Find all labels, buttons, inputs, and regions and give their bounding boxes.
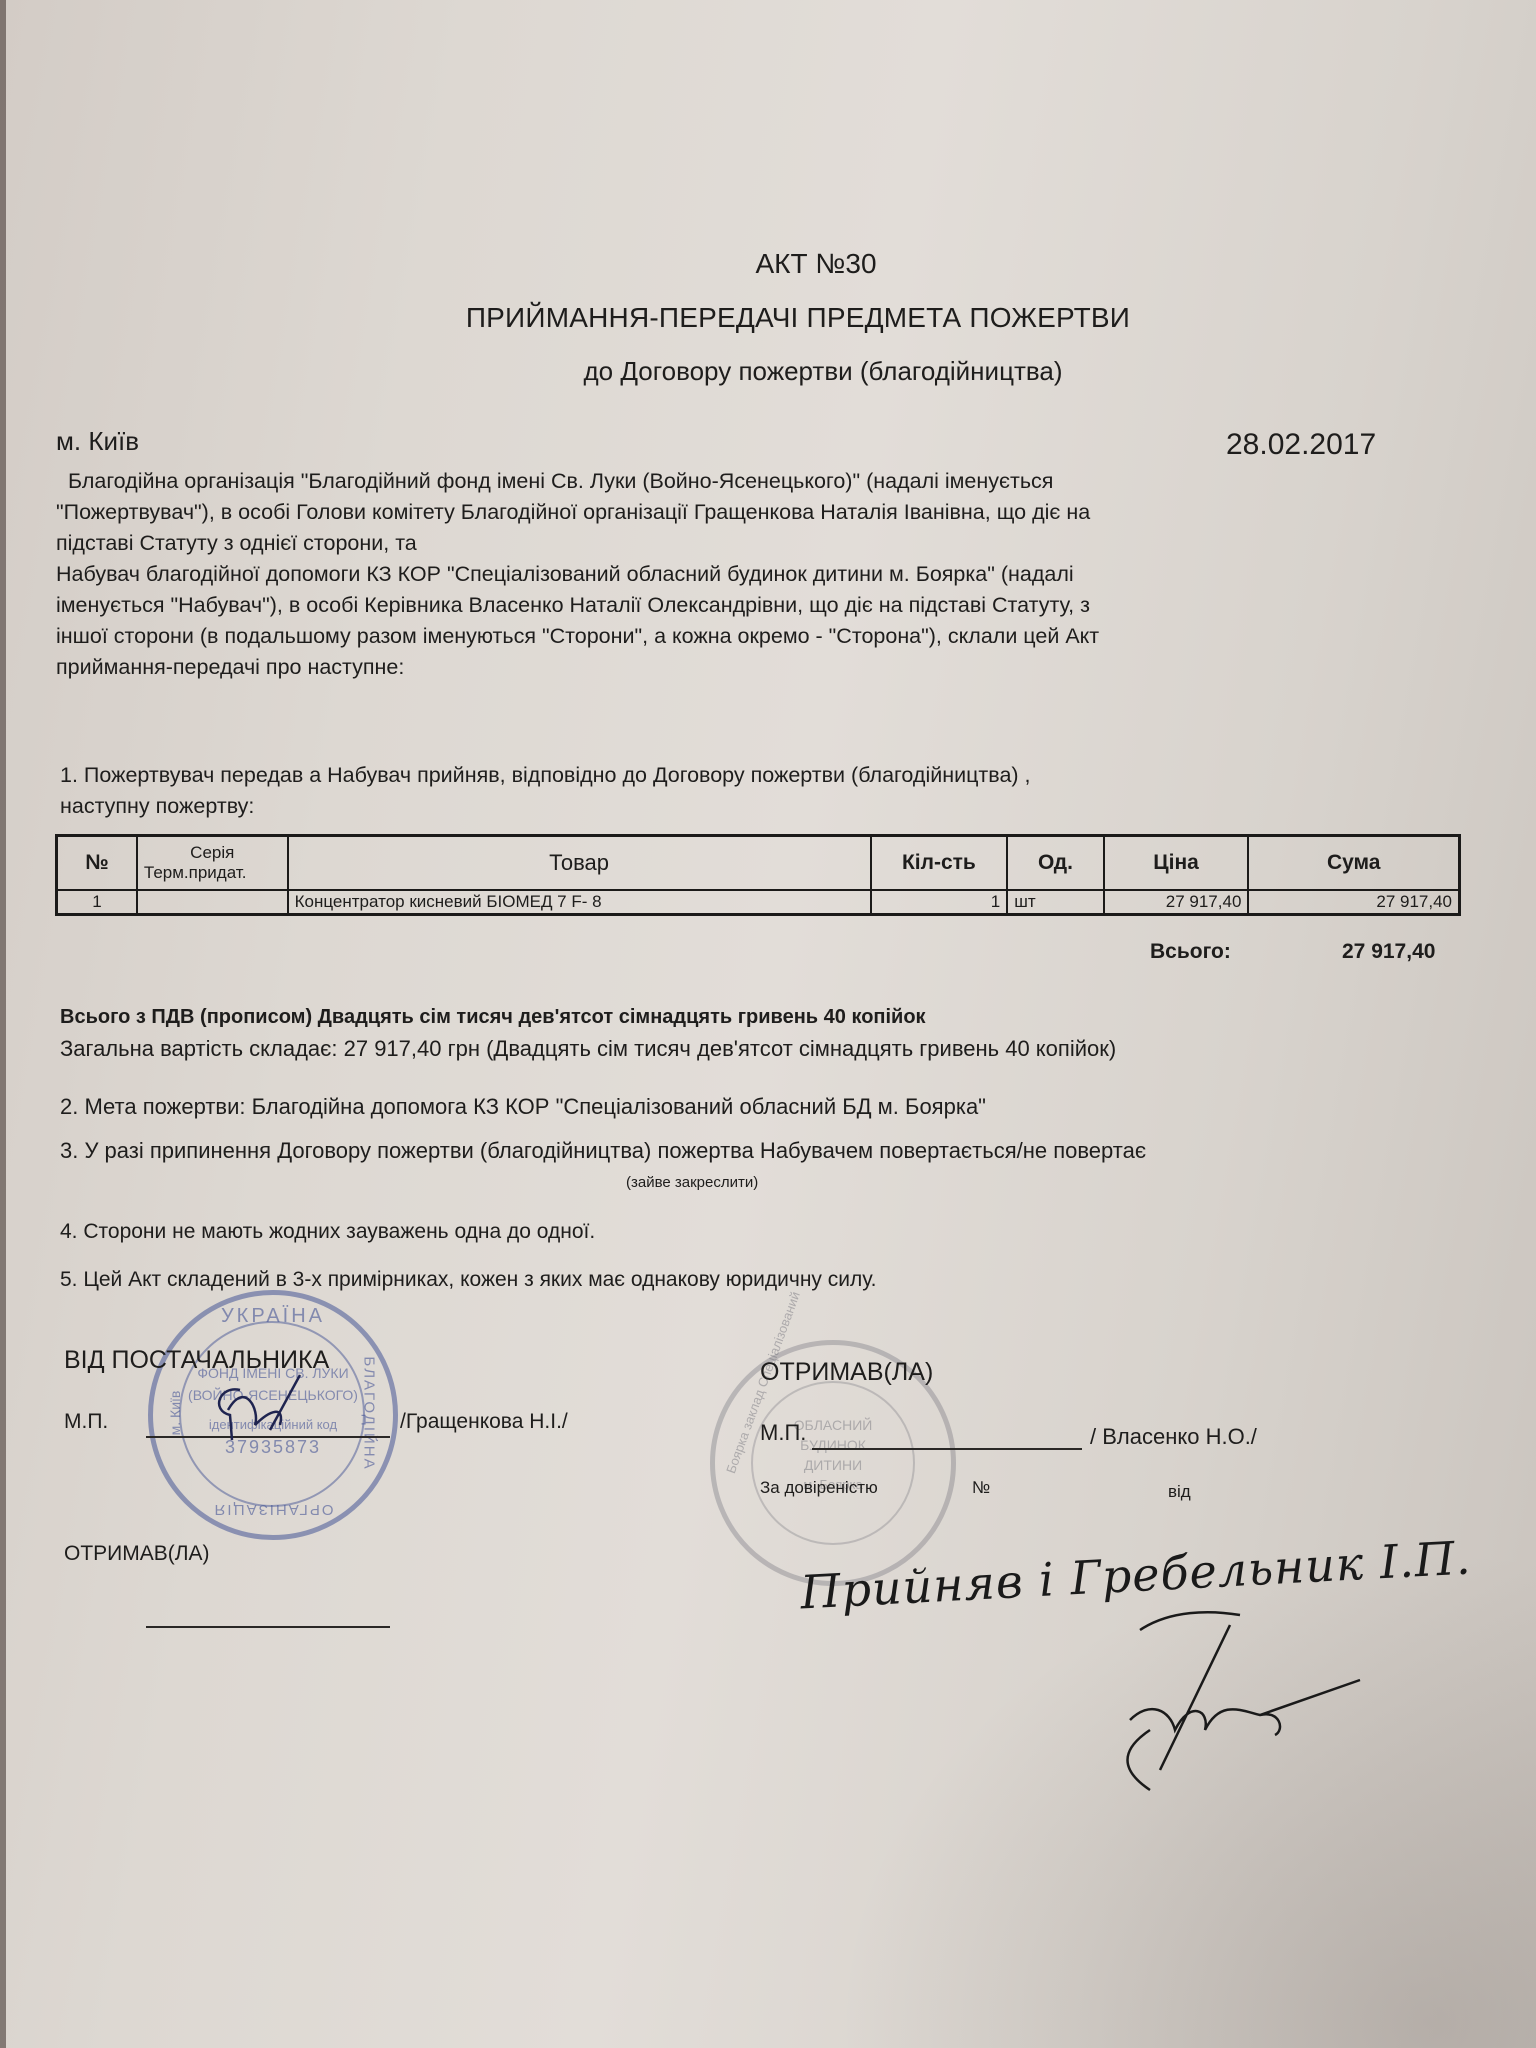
proxy-label: За довіреністю	[760, 1478, 878, 1498]
stamp-center-line: ДИТИНИ	[715, 1457, 951, 1473]
col-header-price: Ціна	[1104, 836, 1249, 891]
intro-paragraph: Благодійна організація "Благодійний фонд…	[56, 466, 1099, 683]
stamp-center-line: БУДИНОК	[715, 1437, 951, 1453]
cell-unit: шт	[1007, 890, 1103, 915]
col-header-item: Товар	[288, 836, 871, 891]
intro-line: Благодійна організація "Благодійний фонд…	[56, 466, 1099, 497]
supplier-name: /Гращенкова Н.І./	[400, 1410, 568, 1434]
recipient-signature-line	[812, 1448, 1082, 1450]
intro-line: іменується "Набувач"), в особі Керівника…	[56, 590, 1099, 621]
col-header-series: Серія Терм.придат.	[137, 836, 288, 891]
table-row: 1 Концентратор кисневий БІОМЕД 7 F- 8 1 …	[57, 890, 1460, 915]
items-table: № Серія Терм.придат. Товар Кіл-сть Од. Ц…	[55, 834, 1461, 916]
col-header-num: №	[57, 836, 137, 891]
proxy-date-label: від	[1168, 1482, 1191, 1502]
cell-num: 1	[57, 890, 137, 915]
clause-5: 5. Цей Акт складений в 3-х примірниках, …	[60, 1268, 876, 1292]
left-received-signature-line	[146, 1626, 390, 1628]
supplier-mp: М.П.	[64, 1410, 108, 1434]
intro-line: "Пожертвувач"), в особі Голови комітету …	[56, 497, 1099, 528]
proxy-number-label: №	[972, 1478, 990, 1498]
col-header-sum: Сума	[1248, 836, 1459, 891]
clause-3: 3. У разі припинення Договору пожертви (…	[60, 1138, 1146, 1164]
clause-2: 2. Мета пожертви: Благодійна допомога КЗ…	[60, 1094, 986, 1120]
document-date: 28.02.2017	[1226, 428, 1376, 462]
stamp-top-text: УКРАЇНА	[153, 1305, 393, 1328]
intro-line: іншої сторони (в подальшому разом іменую…	[56, 621, 1099, 652]
cell-series	[137, 890, 288, 915]
intro-line: Набувач благодійної допомоги КЗ КОР "Спе…	[56, 559, 1099, 590]
table-header-row: № Серія Терм.придат. Товар Кіл-сть Од. Ц…	[57, 836, 1460, 891]
document-title: АКТ №30	[48, 248, 1536, 280]
clause-3-note: (зайве закреслити)	[626, 1174, 758, 1191]
col-header-unit: Од.	[1007, 836, 1103, 891]
total-value: 27 917,40	[1342, 940, 1435, 964]
clause-1-line: наступну пожертву:	[60, 791, 1031, 822]
paper-edge	[0, 0, 6, 2048]
cell-price: 27 917,40	[1104, 890, 1249, 915]
vat-in-words: Всього з ПДВ (прописом) Двадцять сім тис…	[60, 1006, 926, 1029]
total-label: Всього:	[1150, 940, 1231, 964]
cell-sum: 27 917,40	[1248, 890, 1459, 915]
recipient-mp: М.П.	[760, 1420, 806, 1446]
cell-qty: 1	[871, 890, 1008, 915]
total-cost: Загальна вартість складає: 27 917,40 грн…	[60, 1036, 1116, 1062]
cell-item: Концентратор кисневий БІОМЕД 7 F- 8	[288, 890, 871, 915]
supplier-signature	[200, 1370, 320, 1450]
stamp-bottom-text: ОРГАНІЗАЦІЯ	[153, 1501, 393, 1518]
document-subtitle: ПРИЙМАННЯ-ПЕРЕДАЧІ ПРЕДМЕТА ПОЖЕРТВИ	[30, 302, 1536, 334]
city: м. Київ	[56, 426, 139, 457]
stamp-right-text: БЛАГОДІЙНА	[361, 1294, 378, 1534]
recipient-name: / Власенко Н.О./	[1090, 1424, 1257, 1450]
col-header-qty: Кіл-сть	[871, 836, 1008, 891]
clause-1: 1. Пожертвувач передав а Набувач прийняв…	[60, 760, 1031, 822]
document-subtitle-contract: до Договору пожертви (благодійництва)	[55, 356, 1536, 387]
left-received-heading: ОТРИМАВ(ЛА)	[64, 1542, 210, 1566]
intro-line: приймання-передачі про наступне:	[56, 652, 1099, 683]
stamp-left-text: м. Київ	[167, 1293, 183, 1533]
recipient-heading: ОТРИМАВ(ЛА)	[760, 1358, 933, 1387]
col-header-series-line1: Серія	[144, 843, 281, 863]
clause-1-line: 1. Пожертвувач передав а Набувач прийняв…	[60, 760, 1031, 791]
intro-line: підставі Статуту з однієї сторони, та	[56, 528, 1099, 559]
recipient-signature	[1110, 1600, 1430, 1800]
clause-4: 4. Сторони не мають жодних зауважень одн…	[60, 1220, 595, 1244]
col-header-series-line2: Терм.придат.	[144, 863, 281, 883]
